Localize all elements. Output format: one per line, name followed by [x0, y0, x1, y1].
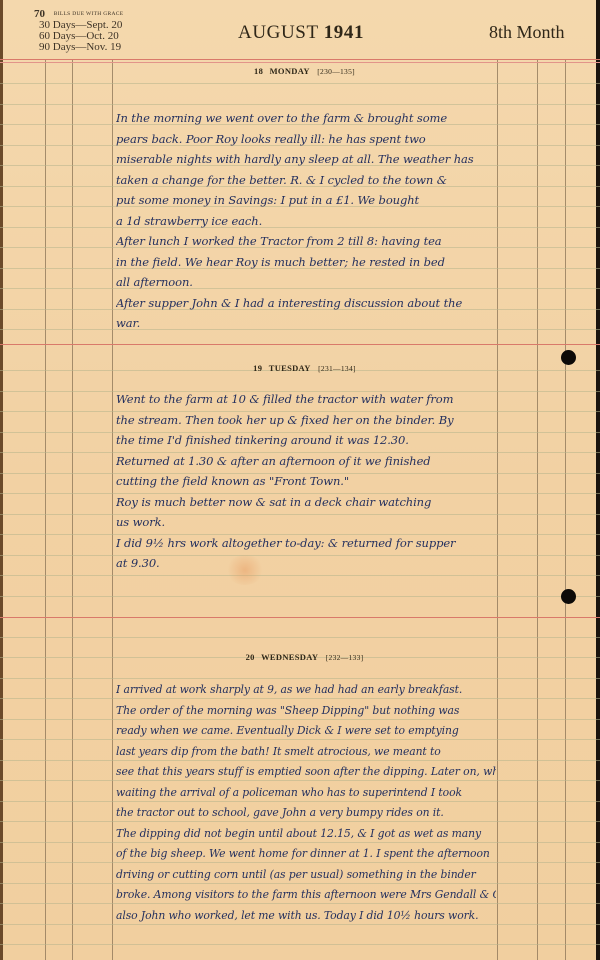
handwritten-line: After lunch I worked the Tractor from 2 …: [116, 231, 496, 252]
handwritten-line: miserable nights with hardly any sleep a…: [116, 149, 496, 170]
handwritten-line: The order of the morning was "Sheep Dipp…: [116, 701, 496, 722]
month-name: AUGUST: [238, 22, 318, 43]
day-counter: [230—135]: [317, 67, 355, 76]
handwritten-line: Roy is much better now & sat in a deck c…: [116, 492, 496, 513]
day-counter: [232—133]: [326, 653, 364, 662]
handwritten-line: in the field. We hear Roy is much better…: [116, 252, 496, 273]
handwritten-line: the tractor out to school, gave John a v…: [116, 803, 496, 824]
bills-due-block: 70 BILLS DUE WITH GRACE 30 Days—Sept. 20…: [34, 9, 123, 53]
day-separator-rule: [0, 59, 600, 60]
handwritten-line: ready when we came. Eventually Dick & I …: [116, 721, 496, 742]
year: 1941: [324, 22, 364, 43]
page-title: AUGUST 1941: [238, 22, 364, 44]
handwritten-line: the stream. Then took her up & fixed her…: [116, 410, 496, 431]
ruled-line: [0, 678, 600, 679]
page-right-edge: [596, 0, 600, 960]
diary-entry-20: I arrived at work sharply at 9, as we ha…: [116, 680, 496, 926]
day-weekday: MONDAY: [270, 66, 310, 76]
handwritten-line: waiting the arrival of a policeman who h…: [116, 783, 496, 804]
handwritten-line: Returned at 1.30 & after an afternoon of…: [116, 451, 496, 472]
handwritten-line: broke. Among visitors to the farm this a…: [116, 885, 496, 906]
column-rule: [45, 60, 46, 960]
handwritten-line: I did 9½ hrs work altogether to-day: & r…: [116, 533, 496, 554]
day-separator-rule: [0, 617, 600, 618]
handwritten-line: war.: [116, 313, 496, 334]
column-rule: [72, 60, 73, 960]
handwritten-line: cutting the field known as "Front Town.": [116, 471, 496, 492]
day-counter: [231—134]: [318, 364, 356, 373]
ruled-line: [0, 596, 600, 597]
ruled-line: [0, 104, 600, 105]
handwritten-line: of the big sheep. We went home for dinne…: [116, 844, 496, 865]
handwritten-line: us work.: [116, 512, 496, 533]
day-separator-rule: [0, 344, 600, 345]
handwritten-line: Went to the farm at 10 & filled the trac…: [116, 389, 496, 410]
column-rule: [112, 60, 113, 960]
day-date: 20: [246, 652, 255, 662]
handwritten-line: a 1d strawberry ice each.: [116, 211, 496, 232]
handwritten-line: pears back. Poor Roy looks really ill: h…: [116, 129, 496, 150]
column-rule: [497, 60, 498, 960]
column-rule: [565, 60, 566, 960]
bills-due-row: 90 Days—Nov. 19: [34, 42, 123, 53]
page-left-edge: [0, 0, 3, 960]
day-heading-18: 18 MONDAY [230—135]: [112, 66, 497, 76]
handwritten-line: The dipping did not begin until about 12…: [116, 824, 496, 845]
day-heading-20: 20 WEDNESDAY [232—133]: [112, 652, 497, 662]
punch-hole: [561, 589, 576, 604]
handwritten-line: last years dip from the bath! It smelt a…: [116, 742, 496, 763]
day-weekday: TUESDAY: [269, 363, 311, 373]
column-rule: [537, 60, 538, 960]
handwritten-line: all afternoon.: [116, 272, 496, 293]
day-weekday: WEDNESDAY: [261, 652, 318, 662]
ruled-line: [0, 944, 600, 945]
day-heading-19: 19 TUESDAY [231—134]: [112, 363, 497, 373]
diary-page: 70 BILLS DUE WITH GRACE 30 Days—Sept. 20…: [0, 0, 600, 960]
bills-due-caption: BILLS DUE WITH GRACE: [54, 11, 124, 17]
paper-stain: [225, 555, 265, 585]
handwritten-line: driving or cutting corn until (as per us…: [116, 865, 496, 886]
ruled-line: [0, 637, 600, 638]
handwritten-line: also John who worked, let me with us. To…: [116, 906, 496, 927]
diary-entry-19: Went to the farm at 10 & filled the trac…: [116, 389, 496, 574]
diary-entry-18: In the morning we went over to the farm …: [116, 108, 496, 334]
month-number: 8th Month: [489, 22, 565, 43]
handwritten-line: After supper John & I had a interesting …: [116, 293, 496, 314]
ruled-line: [0, 83, 600, 84]
handwritten-line: In the morning we went over to the farm …: [116, 108, 496, 129]
day-date: 18: [254, 66, 263, 76]
handwritten-line: see that this years stuff is emptied soo…: [116, 762, 496, 783]
punch-hole: [561, 350, 576, 365]
day-date: 19: [253, 363, 262, 373]
handwritten-line: I arrived at work sharply at 9, as we ha…: [116, 680, 496, 701]
handwritten-line: the time I'd finished tinkering around i…: [116, 430, 496, 451]
ruled-line: [0, 575, 600, 576]
handwritten-line: taken a change for the better. R. & I cy…: [116, 170, 496, 191]
handwritten-line: at 9.30.: [116, 553, 496, 574]
handwritten-line: put some money in Savings: I put in a £1…: [116, 190, 496, 211]
